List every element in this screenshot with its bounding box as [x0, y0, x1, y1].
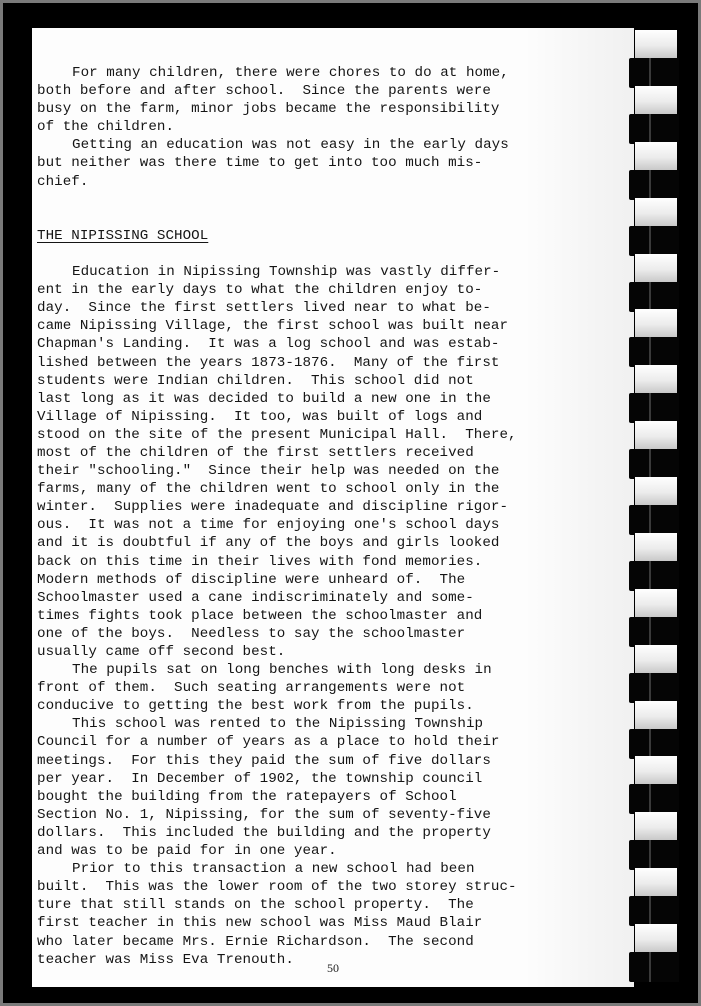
text-line: day. Since the first settlers lived near… [37, 299, 597, 317]
text-line: of the children. [37, 118, 597, 136]
text-line: Education in Nipissing Township was vast… [37, 263, 597, 281]
binding-coil-slot [629, 673, 679, 703]
scan-frame: For many children, there were chores to … [3, 3, 698, 1003]
text-line: back on this time in their lives with fo… [37, 553, 597, 571]
binding-coil-slot [629, 561, 679, 591]
binding-coil-slot [629, 784, 679, 814]
body-paragraphs: Education in Nipissing Township was vast… [37, 263, 597, 969]
text-line: but neither was there time to get into t… [37, 154, 597, 172]
text-line: who later became Mrs. Ernie Richardson. … [37, 933, 597, 951]
text-line: Modern methods of discipline were unhear… [37, 571, 597, 589]
text-line: Prior to this transaction a new school h… [37, 860, 597, 878]
text-line: For many children, there were chores to … [37, 64, 597, 82]
page-number: 50 [32, 961, 634, 976]
binding-coil-slot [629, 952, 679, 982]
text-line: usually came off second best. [37, 643, 597, 661]
text-line: ous. It was not a time for enjoying one'… [37, 516, 597, 534]
text-line: front of them. Such seating arrangements… [37, 679, 597, 697]
text-line: most of the children of the first settle… [37, 444, 597, 462]
binding-coil-slot [629, 337, 679, 367]
text-line: winter. Supplies were inadequate and dis… [37, 498, 597, 516]
text-line: Section No. 1, Nipissing, for the sum of… [37, 806, 597, 824]
text-line: Getting an education was not easy in the… [37, 136, 597, 154]
text-line: Chapman's Landing. It was a log school a… [37, 335, 597, 353]
text-line: bought the building from the ratepayers … [37, 788, 597, 806]
text-line: came Nipissing Village, the first school… [37, 317, 597, 335]
text-line: per year. In December of 1902, the towns… [37, 770, 597, 788]
binding-coil-slot [629, 505, 679, 535]
binding-coil-slot [629, 170, 679, 200]
text-line: lished between the years 1873-1876. Many… [37, 354, 597, 372]
binding-coil-slot [629, 393, 679, 423]
text-line: farms, many of the children went to scho… [37, 480, 597, 498]
text-line: and it is doubtful if any of the boys an… [37, 534, 597, 552]
text-line: conducive to getting the best work from … [37, 697, 597, 715]
binding-coil-slot [629, 58, 679, 88]
text-line: Village of Nipissing. It too, was built … [37, 408, 597, 426]
text-line: dollars. This included the building and … [37, 824, 597, 842]
binding-coil-slot [629, 226, 679, 256]
text-line: chief. [37, 173, 597, 191]
text-line: one of the boys. Needless to say the sch… [37, 625, 597, 643]
text-line: This school was rented to the Nipissing … [37, 715, 597, 733]
text-line: Council for a number of years as a place… [37, 733, 597, 751]
text-line: built. This was the lower room of the tw… [37, 878, 597, 896]
text-line: students were Indian children. This scho… [37, 372, 597, 390]
text-line: The pupils sat on long benches with long… [37, 661, 597, 679]
binding-coil-slot [629, 282, 679, 312]
binding-coil-slot [629, 896, 679, 926]
text-line: first teacher in this new school was Mis… [37, 914, 597, 932]
text-line: meetings. For this they paid the sum of … [37, 752, 597, 770]
binding-coil-slot [629, 449, 679, 479]
text-line: stood on the site of the present Municip… [37, 426, 597, 444]
text-line: their "schooling." Since their help was … [37, 462, 597, 480]
binding-coil-slot [629, 729, 679, 759]
text-line: last long as it was decided to build a n… [37, 390, 597, 408]
binding-coil-slot [629, 114, 679, 144]
page-text: For many children, there were chores to … [37, 64, 597, 969]
text-line: busy on the farm, minor jobs became the … [37, 100, 597, 118]
section-heading: THE NIPISSING SCHOOL [37, 227, 597, 245]
text-line: and was to be paid for in one year. [37, 842, 597, 860]
binding-coil-slot [629, 617, 679, 647]
document-page: For many children, there were chores to … [32, 28, 634, 987]
text-line: ent in the early days to what the childr… [37, 281, 597, 299]
text-line: Schoolmaster used a cane indiscriminatel… [37, 589, 597, 607]
spiral-binding [627, 25, 683, 985]
intro-paragraphs: For many children, there were chores to … [37, 64, 597, 191]
binding-coil-slot [629, 840, 679, 870]
text-line: both before and after school. Since the … [37, 82, 597, 100]
text-line: times fights took place between the scho… [37, 607, 597, 625]
text-line: ture that still stands on the school pro… [37, 896, 597, 914]
